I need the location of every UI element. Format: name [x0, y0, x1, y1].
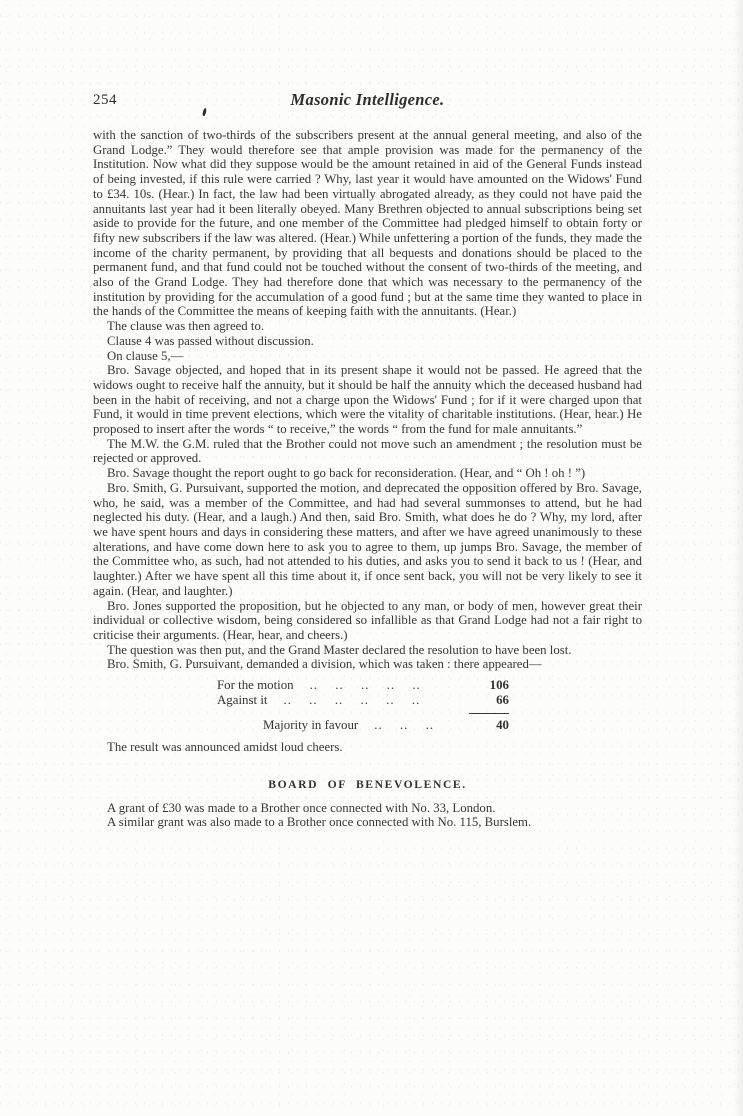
division-row-label: For the motion: [217, 678, 294, 693]
division-row-value: 66: [475, 693, 509, 708]
scanned-page: 254 Masonic Intelligence. with the sanct…: [0, 0, 743, 1116]
paragraph: A similar grant was also made to a Broth…: [93, 815, 642, 830]
division-row-label: Against it: [217, 693, 268, 708]
paragraph: A grant of £30 was made to a Brother onc…: [93, 801, 642, 816]
division-total-row: Majority in favour .. .. .. 40: [217, 718, 509, 733]
division-row: For the motion .. .. .. .. .. 106: [217, 678, 509, 693]
article-body: with the sanction of two-thirds of the s…: [93, 128, 642, 830]
division-row-value: 106: [475, 678, 509, 693]
ink-mark: [202, 108, 207, 116]
paragraph: The clause was then agreed to.: [93, 319, 642, 334]
division-table: For the motion .. .. .. .. .. 106 Agains…: [217, 678, 509, 733]
paragraph: Clause 4 was passed without discussion.: [93, 334, 642, 349]
page-header: 254 Masonic Intelligence.: [93, 90, 642, 112]
paragraph: with the sanction of two-thirds of the s…: [93, 128, 642, 319]
scan-edge-shade: [733, 0, 743, 1116]
division-row: Against it .. .. .. .. .. .. 66: [217, 693, 509, 708]
paragraph: Bro. Smith, G. Pursuivant, demanded a di…: [93, 657, 642, 672]
division-total-label: Majority in favour: [263, 718, 358, 733]
paragraph: Bro. Savage objected, and hoped that in …: [93, 363, 642, 437]
paragraph: Bro. Jones supported the proposition, bu…: [93, 599, 642, 643]
paragraph: The M.W. the G.M. ruled that the Brother…: [93, 437, 642, 466]
paragraph: On clause 5,—: [93, 349, 642, 364]
dot-leaders: .. .. .. .. .. ..: [284, 693, 476, 708]
paragraph: The question was then put, and the Grand…: [93, 643, 642, 658]
sum-rule: [469, 713, 509, 714]
paragraph: Bro. Smith, G. Pursuivant, supported the…: [93, 481, 642, 599]
result-line: The result was announced amidst loud che…: [93, 740, 642, 755]
section-heading: BOARD OF BENEVOLENCE.: [93, 778, 642, 791]
page-title: Masonic Intelligence.: [93, 90, 642, 110]
paragraph: Bro. Savage thought the report ought to …: [93, 466, 642, 481]
dot-leaders: .. .. ..: [374, 718, 475, 733]
division-total-value: 40: [475, 718, 509, 733]
dot-leaders: .. .. .. .. ..: [310, 678, 475, 693]
